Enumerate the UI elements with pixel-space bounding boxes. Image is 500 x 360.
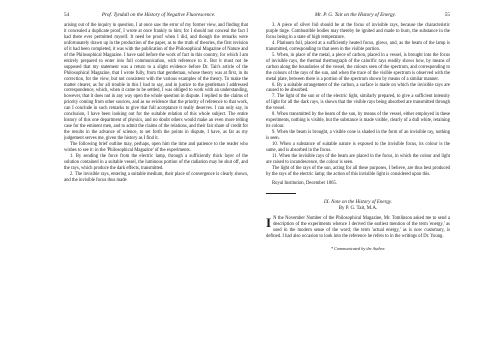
section-number: IX. [324,200,330,205]
footnote: * Communicated by the Author. [266,246,450,252]
left-page-body: arising out of the inquiry in question, … [64,23,248,184]
paragraph: 9. When the beam is brought, a visible c… [266,130,450,142]
section-title-text: Note on the History of Energy. [331,200,392,205]
paragraph: 10. When a substance of suitable nature … [266,142,450,154]
section-text: N the November Number of the Philosophic… [266,216,450,239]
page-number: 54 [64,12,69,19]
drop-cap: I [266,217,271,228]
section-body: I N the November Number of the Philosoph… [266,216,450,240]
paragraph: arising out of the inquiry in question, … [64,23,248,142]
paragraph: 4. Platinum foil, placed at a sufficient… [266,41,450,53]
section-author: By P. G. Tait, M.A. [266,206,450,213]
paragraph: The following brief outline may, perhaps… [64,142,248,154]
right-page: Mr. P. G. Tait on the History of Energy.… [266,12,450,251]
running-header-left: 54 Prof. Tyndall on the History of Negat… [64,12,248,19]
right-page-body: 3. A piece of silver foil should be at t… [266,23,450,178]
paragraph: 2. The invisible rays, entering a suitab… [64,172,248,184]
paragraph: 11. When the invisible rays of the beam … [266,154,450,166]
running-head-title: Mr. P. G. Tait on the History of Energy. [315,12,396,19]
paragraph: 1. By sending the force from the electri… [64,154,248,172]
paragraph: 3. A piece of silver foil should be at t… [266,23,450,41]
signature-line: Royal Institution, December 1865. [266,181,450,187]
running-head-title: Prof. Tyndall on the History of Negative… [102,12,215,19]
section-divider [266,193,296,194]
paragraph: I N the November Number of the Philosoph… [266,216,450,240]
paragraph: 6. By a suitable arrangement of the carb… [266,83,450,95]
paragraph: 7. The light of the sun or of the electr… [266,94,450,112]
page-number: 55 [445,12,450,19]
paragraph: The light of the rays of the sun, acting… [266,166,450,178]
paragraph: 8. When transmitted by the beam of the s… [266,112,450,130]
running-header-right: Mr. P. G. Tait on the History of Energy.… [266,12,450,19]
left-page: 54 Prof. Tyndall on the History of Negat… [64,12,248,184]
paragraph: 5. When, in place of the metal, a piece … [266,53,450,83]
